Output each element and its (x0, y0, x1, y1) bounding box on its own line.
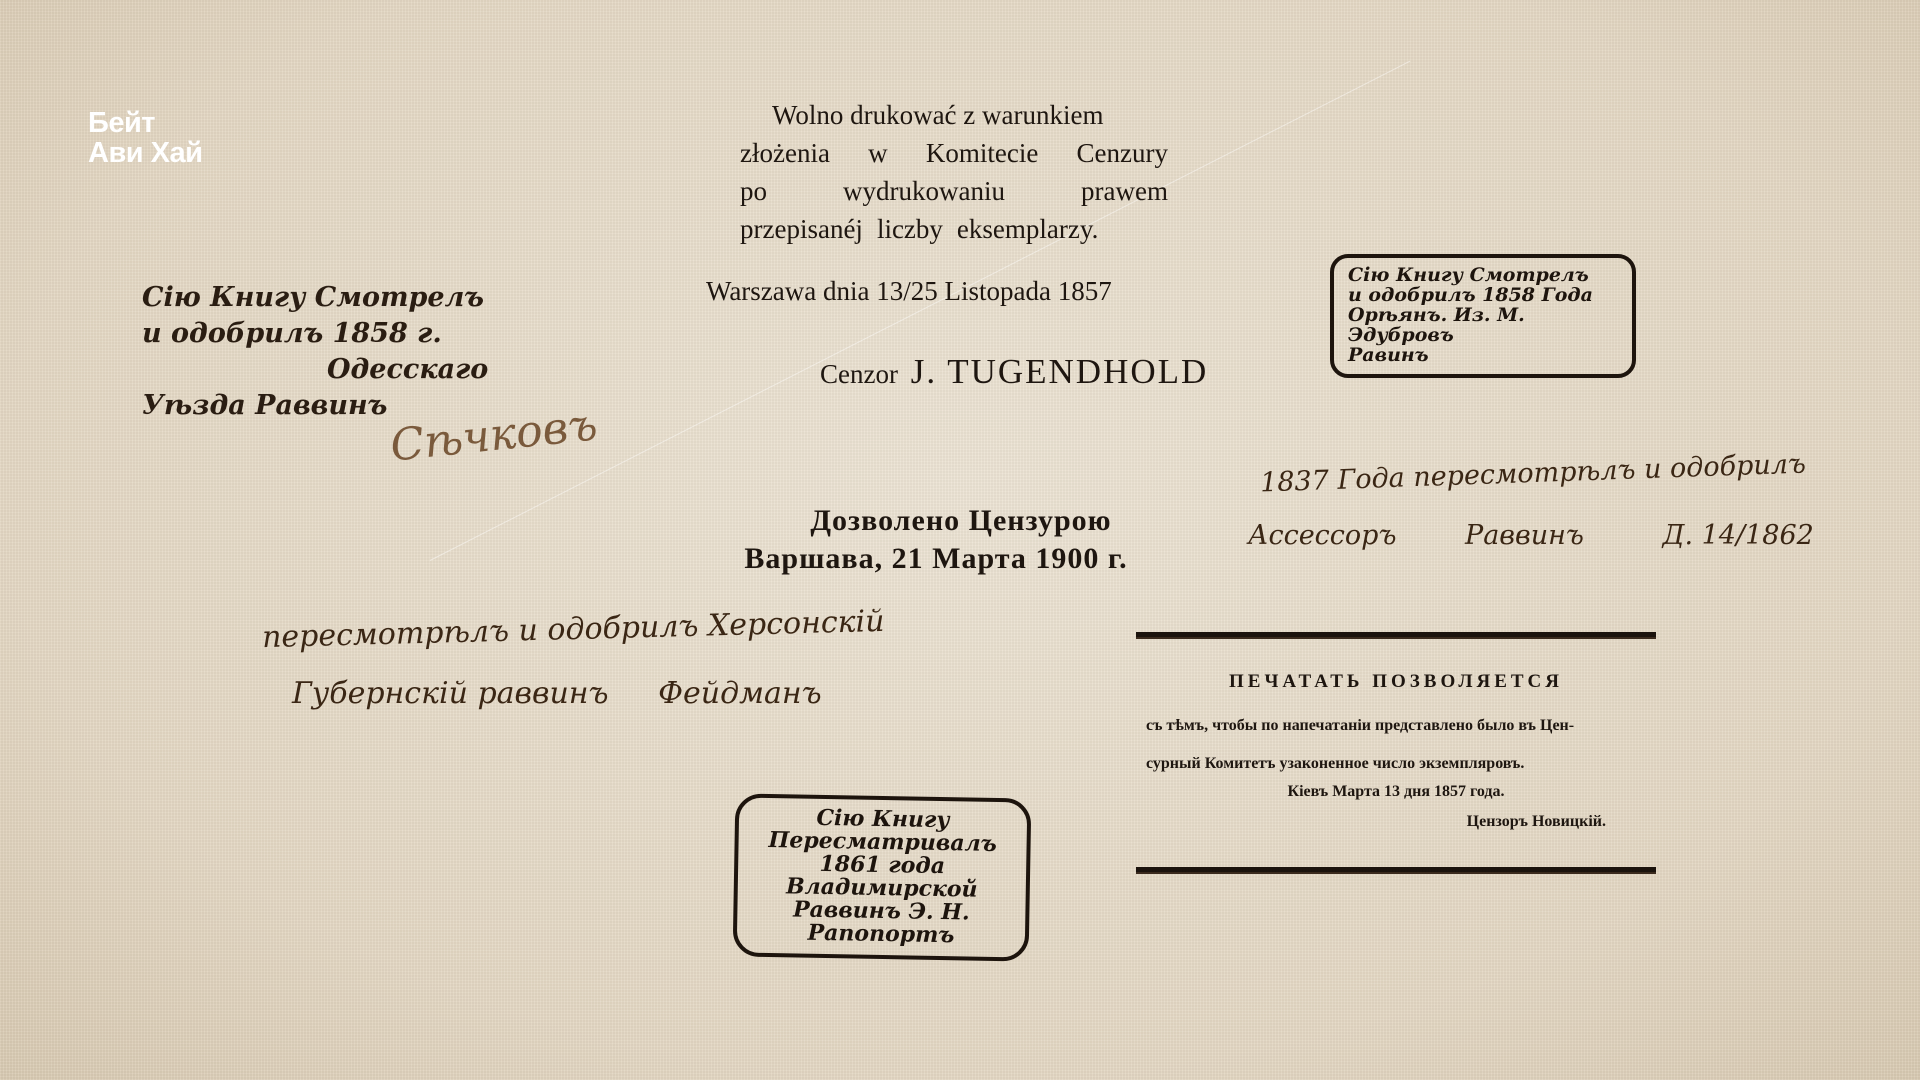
kiev-body: съ тѣмъ, чтобы по напечатаніи представле… (1136, 707, 1656, 783)
handwritten-right-line-2: Ассессоръ Раввинъ Д. 14/1862 (1248, 520, 1814, 551)
handwritten-center-line-2: Губернскій раввинъ Фейдманъ (292, 676, 822, 711)
handwritten-right-line-1: 1837 Года пересмотрѣлъ и одобрилъ (1260, 448, 1807, 498)
stamp-line: и одобрилъ 1858 Года (1348, 286, 1618, 306)
stamp-line: Равинъ (1348, 346, 1618, 366)
stamp-line: Орѣянъ. Из. М. Эдубровъ (1348, 306, 1618, 346)
polish-line-1: Wolno drukować z warunkiem (740, 96, 1168, 134)
word: Cenzury (1077, 134, 1168, 172)
word: eksemplarzy. (957, 210, 1098, 248)
hand-line: Сію Книгу Смотрелъ (142, 280, 488, 316)
stamp-bottom: Сію Книгу Пересматривалъ 1861 года Влади… (733, 793, 1032, 961)
ru1900-line-1: Дозволено Цензурою (726, 502, 1146, 540)
kiev-censor-approval: ПЕЧАТАТЬ ПОЗВОЛЯЕТСЯ съ тѣмъ, чтобы по н… (1136, 632, 1656, 874)
polish-censor-signature: Cenzor J. TUGENDHOLD (820, 352, 1208, 392)
word: wydrukowaniu (843, 172, 1005, 210)
word: warunkiem (982, 96, 1103, 134)
word: przepisanéj (740, 210, 863, 248)
watermark-line-2: Ави Хай (88, 138, 202, 168)
censor-label: Cenzor (820, 359, 898, 389)
word: po (740, 172, 767, 210)
word: w (868, 134, 888, 172)
ru1900-line-2: Варшава, 21 Марта 1900 г. (726, 540, 1146, 578)
watermark-logo: Бейт Ави Хай (88, 108, 202, 168)
hand-word: Губернскій раввинъ (292, 676, 609, 711)
stamp-top-right: Сію Книгу Смотрелъ и одобрилъ 1858 Года … (1330, 254, 1636, 378)
stamp-line: Рапопортъ (751, 921, 1011, 949)
word: z (963, 96, 975, 134)
polish-line-2: złożenia w Komitecie Cenzury (740, 134, 1168, 172)
word: złożenia (740, 134, 830, 172)
polish-line-4: przepisanéj liczby eksemplarzy. (740, 210, 1168, 248)
russian-1900-approval: Дозволено Цензурою Варшава, 21 Марта 190… (726, 502, 1146, 578)
hand-word: Фейдманъ (658, 676, 822, 711)
polish-censor-approval: Wolno drukować z warunkiem złożenia w Ko… (740, 96, 1168, 248)
polish-line-3: po wydrukowaniu prawem (740, 172, 1168, 210)
kiev-body-line-1: съ тѣмъ, чтобы по напечатаніи представле… (1146, 707, 1656, 745)
word: Komitecie (926, 134, 1038, 172)
hand-word: Раввинъ (1465, 520, 1584, 551)
handwritten-stamp-left: Сію Книгу Смотрелъ и одобрилъ 1858 г. Од… (142, 280, 488, 424)
hand-word: Д. 14/1862 (1663, 520, 1814, 551)
watermark-line-1: Бейт (88, 108, 202, 138)
bottom-rule (1136, 867, 1656, 874)
top-rule (1136, 632, 1656, 639)
hand-line: Одесскаго (142, 352, 488, 388)
hand-word: Ассессоръ (1248, 520, 1396, 551)
kiev-body-line-2: сурный Комитетъ узаконенное число экземп… (1146, 745, 1656, 783)
censor-name: J. TUGENDHOLD (911, 352, 1209, 391)
word: prawem (1081, 172, 1168, 210)
stamp-line: Сію Книгу Смотрелъ (1348, 266, 1618, 286)
word: liczby (877, 210, 943, 248)
handwritten-center-line-1: пересмотрѣлъ и одобрилъ Херсонскій (262, 604, 885, 655)
polish-place-date: Warszawa dnia 13/25 Listopada 1857 (706, 276, 1112, 307)
kiev-date: Кіевъ Марта 13 дня 1857 года. (1136, 783, 1656, 801)
hand-line: и одобрилъ 1858 г. (142, 316, 488, 352)
kiev-heading: ПЕЧАТАТЬ ПОЗВОЛЯЕТСЯ (1136, 671, 1656, 693)
word: Wolno (772, 96, 843, 134)
word: drukować (850, 96, 956, 134)
kiev-signature: Цензоръ Новицкій. (1136, 813, 1656, 831)
